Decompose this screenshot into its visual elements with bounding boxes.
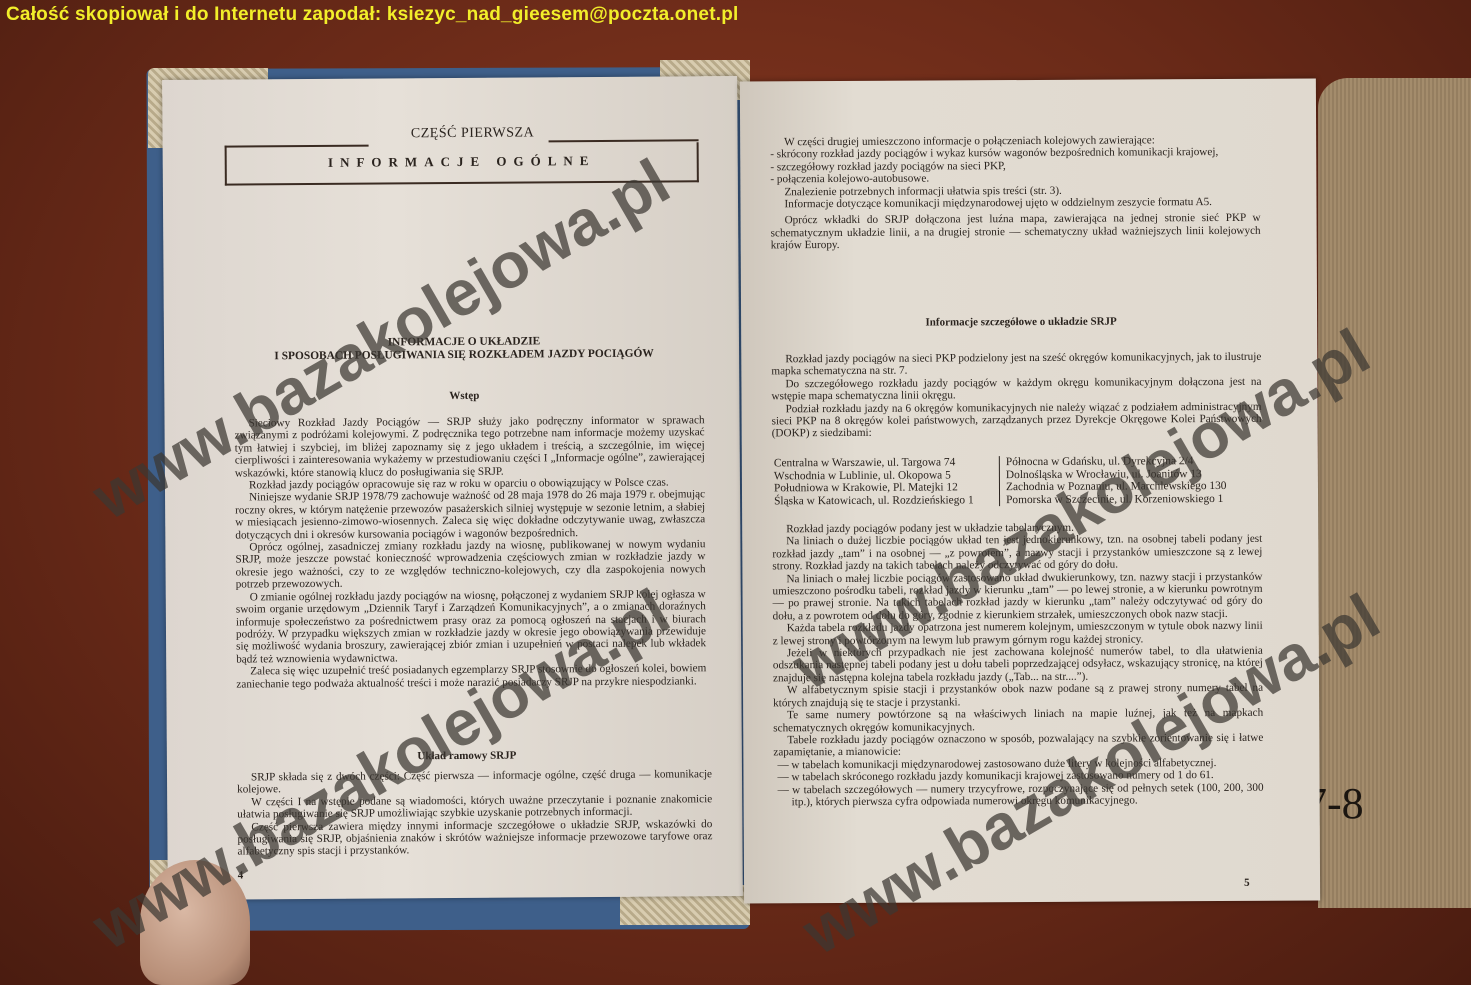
paragraph: Tabele rozkładu jazdy pociągów oznaczono… bbox=[773, 732, 1263, 759]
thumb-holding-book bbox=[140, 860, 250, 985]
paragraph: W alfabetycznym spisie stacji i przystan… bbox=[773, 682, 1263, 709]
box-title: INFORMACJE OGÓLNE bbox=[227, 152, 697, 171]
dokp-address: Wschodnia w Lublinie, ul. Okopowa 5 bbox=[774, 469, 999, 483]
paragraph: Zaleca się więc uzupełnić treść posiadan… bbox=[236, 662, 706, 690]
dokp-address: Południowa w Krakowie, Pl. Matejki 12 bbox=[774, 481, 999, 495]
paragraph: Część pierwsza zawiera między innymi inf… bbox=[237, 818, 712, 859]
tables-text: Rozkład jazdy pociągów podany jest w ukł… bbox=[772, 521, 1263, 809]
intro-text: Sieciowy Rozkład Jazdy Pociągów — SRJP s… bbox=[235, 414, 707, 690]
section-heading-intro: Wstęp bbox=[404, 389, 524, 402]
dokp-column-left: Centralna w Warszawie, ul. Targowa 74 Ws… bbox=[774, 456, 1000, 508]
main-heading-line: I SPOSOBACH POSŁUGIWANIA SIĘ ROZKŁADEM J… bbox=[224, 347, 704, 363]
paragraph: Niniejsze wydanie SRJP 1978/79 zachowuje… bbox=[235, 489, 705, 542]
main-heading: INFORMACJE O UKŁADZIE I SPOSOBACH POSŁUG… bbox=[224, 334, 704, 363]
dokp-address-list: Centralna w Warszawie, ul. Targowa 74 Ws… bbox=[774, 455, 1284, 458]
page-number-left: 4 bbox=[238, 869, 244, 881]
paragraph: Rozkład jazdy pociągów na sieci PKP podz… bbox=[771, 351, 1261, 378]
paragraph: Jeżeli w niektórych przypadkach nie jest… bbox=[773, 645, 1263, 685]
list-item: - skrócony rozkład jazdy pociągów i wyka… bbox=[770, 146, 1260, 161]
part-two-intro: W części drugiej umieszczono informacje … bbox=[770, 134, 1261, 252]
paragraph: Te same numery powtórzone są na właściwy… bbox=[773, 707, 1263, 734]
paragraph: Sieciowy Rozkład Jazdy Pociągów — SRJP s… bbox=[235, 414, 705, 479]
right-page: W części drugiej umieszczono informacje … bbox=[740, 78, 1320, 903]
section-heading-framework: Układ ramowy SRJP bbox=[387, 749, 547, 762]
section-heading-details: Informacje szczegółowe o układzie SRJP bbox=[871, 315, 1171, 329]
dokp-address: Pomorska w Szczecinie, ul. Korzeniowskie… bbox=[1006, 492, 1286, 506]
paragraph: W części I na wstępie podane są wiadomoś… bbox=[237, 793, 712, 821]
dokp-column-right: Północna w Gdańsku, ul. Dyrekcyjna 2/4 D… bbox=[1006, 455, 1286, 507]
paragraph: Podział rozkładu jazdy na 6 okręgów komu… bbox=[772, 400, 1262, 440]
details-text: Rozkład jazdy pociągów na sieci PKP podz… bbox=[771, 351, 1261, 440]
page-number-right: 5 bbox=[1244, 877, 1250, 889]
paragraph: Każda tabela rozkładu jazdy opatrzona je… bbox=[773, 620, 1263, 647]
list-item: — w tabelach szczegółowych — numery trzy… bbox=[774, 781, 1264, 808]
left-page: CZĘŚĆ PIERWSZA INFORMACJE OGÓLNE INFORMA… bbox=[162, 76, 743, 900]
paragraph: Na liniach o dużej liczbie pociągów ukła… bbox=[772, 533, 1262, 573]
dokp-address: Centralna w Warszawie, ul. Targowa 74 bbox=[774, 456, 999, 470]
dokp-address: Śląska w Katowicach, ul. Rozdzieńskiego … bbox=[774, 494, 999, 508]
paragraph: Na liniach o małej liczbie pociągów zast… bbox=[772, 570, 1262, 622]
framework-text: SRJP składa się z dwóch części: Część pi… bbox=[237, 768, 713, 858]
paragraph: Informacje dotyczące komunikacji międzyn… bbox=[770, 196, 1260, 211]
paragraph: SRJP składa się z dwóch części: Część pi… bbox=[237, 768, 712, 796]
paragraph: Oprócz ogólnej, zasadniczej zmiany rozkł… bbox=[235, 538, 705, 591]
part-title-box: INFORMACJE OGÓLNE bbox=[225, 142, 699, 185]
paragraph: O zmianie ogólnej rozkładu jazdy pociągó… bbox=[236, 588, 707, 666]
uploader-banner: Całość skopiował i do Internetu zapodał:… bbox=[6, 4, 738, 26]
paragraph: Do szczegółowego rozkładu jazdy pociągów… bbox=[771, 376, 1261, 403]
paragraph: Oprócz wkładki do SRJP dołączona jest lu… bbox=[771, 212, 1261, 252]
